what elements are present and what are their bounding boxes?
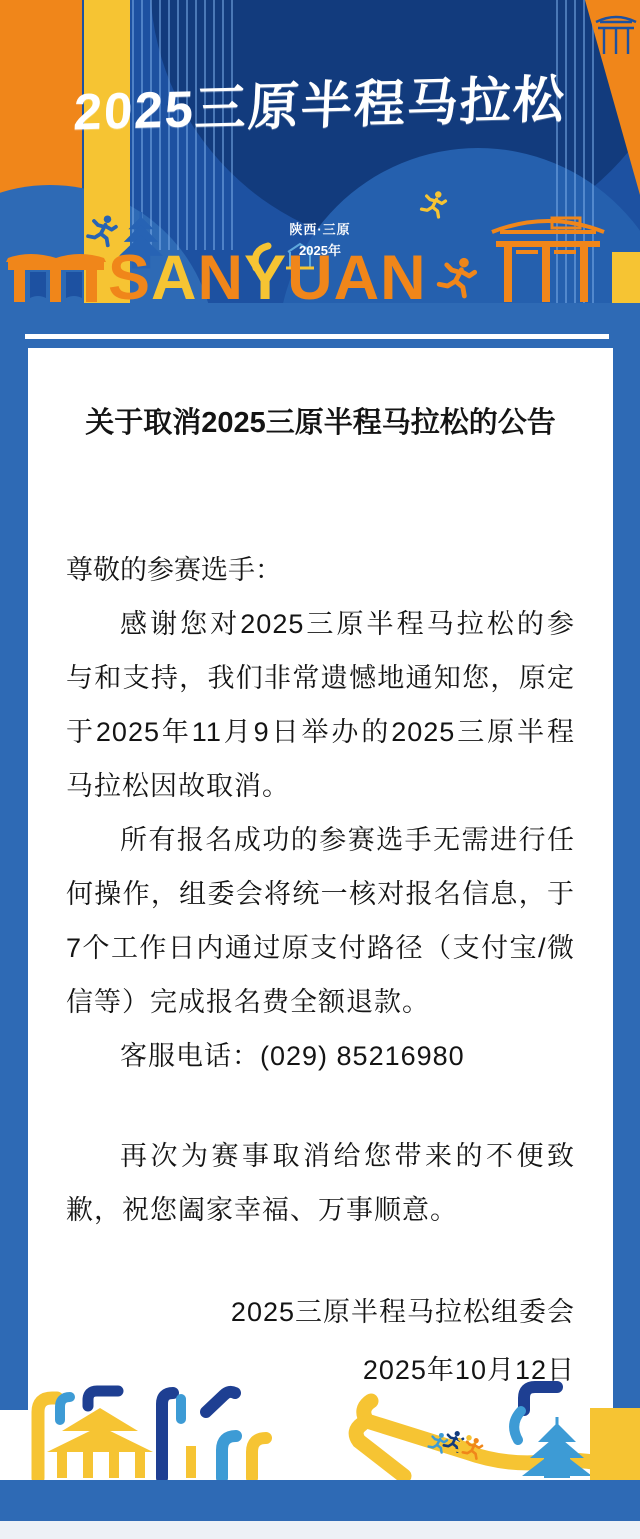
event-cancellation-poster: 2025三原半程马拉松 陕西·三原 2025年 SANYUAN 关于取消2025…	[0, 0, 640, 1539]
poster-header: 2025三原半程马拉松 陕西·三原 2025年 SANYUAN	[0, 0, 640, 303]
yellow-road-decoration	[364, 1401, 618, 1470]
navy-bar-decoration	[88, 1391, 118, 1406]
salutation-text: 尊敬的参赛选手：	[66, 543, 575, 597]
paragraph-refund: 所有报名成功的参赛选手无需进行任何操作，组委会将统一核对报名信息，于7个工作日内…	[66, 813, 575, 1029]
lightblue-pagoda-icon	[522, 1417, 592, 1478]
paragraph-thanks: 感谢您对2025三原半程马拉松的参与和支持，我们非常遗憾地通知您，原定于2025…	[66, 597, 575, 813]
lightblue-arch-decoration	[222, 1436, 236, 1478]
navy-corner-hook-decoration	[524, 1387, 557, 1410]
lightblue-curve-decoration	[514, 1411, 521, 1440]
yellow-runner-icon	[422, 191, 446, 217]
card-top-line	[25, 334, 609, 339]
bottom-light-strip	[0, 1521, 640, 1539]
hotline-text: 客服电话：(029) 85216980	[66, 1029, 575, 1083]
yellow-hook-decoration	[38, 1398, 57, 1478]
announcement-title: 关于取消2025三原半程马拉松的公告	[66, 348, 575, 441]
navy-diagonal-decoration	[206, 1392, 235, 1412]
signature-committee: 2025三原半程马拉松组委会	[66, 1283, 575, 1341]
left-paifang-icon	[6, 254, 106, 302]
announcement-card: 关于取消2025三原半程马拉松的公告 尊敬的参赛选手： 感谢您对2025三原半程…	[28, 348, 613, 1410]
paragraph-apology: 再次为赛事取消给您带来的不便致歉，祝您阖家幸福、万事顺意。	[66, 1129, 575, 1237]
corner-gate-icon	[596, 17, 636, 54]
lightblue-hook-decoration	[60, 1397, 70, 1420]
sanyuan-wordmark: SANYUAN	[108, 242, 427, 303]
navy-tall-hook-decoration	[162, 1393, 173, 1478]
orange-runner-icon	[439, 258, 475, 296]
location-text: 陕西·三原	[0, 219, 640, 238]
yellow-arch-decoration	[252, 1438, 266, 1478]
footer-yellow-block-decoration	[590, 1408, 640, 1480]
bottom-blue-band	[0, 1480, 640, 1521]
